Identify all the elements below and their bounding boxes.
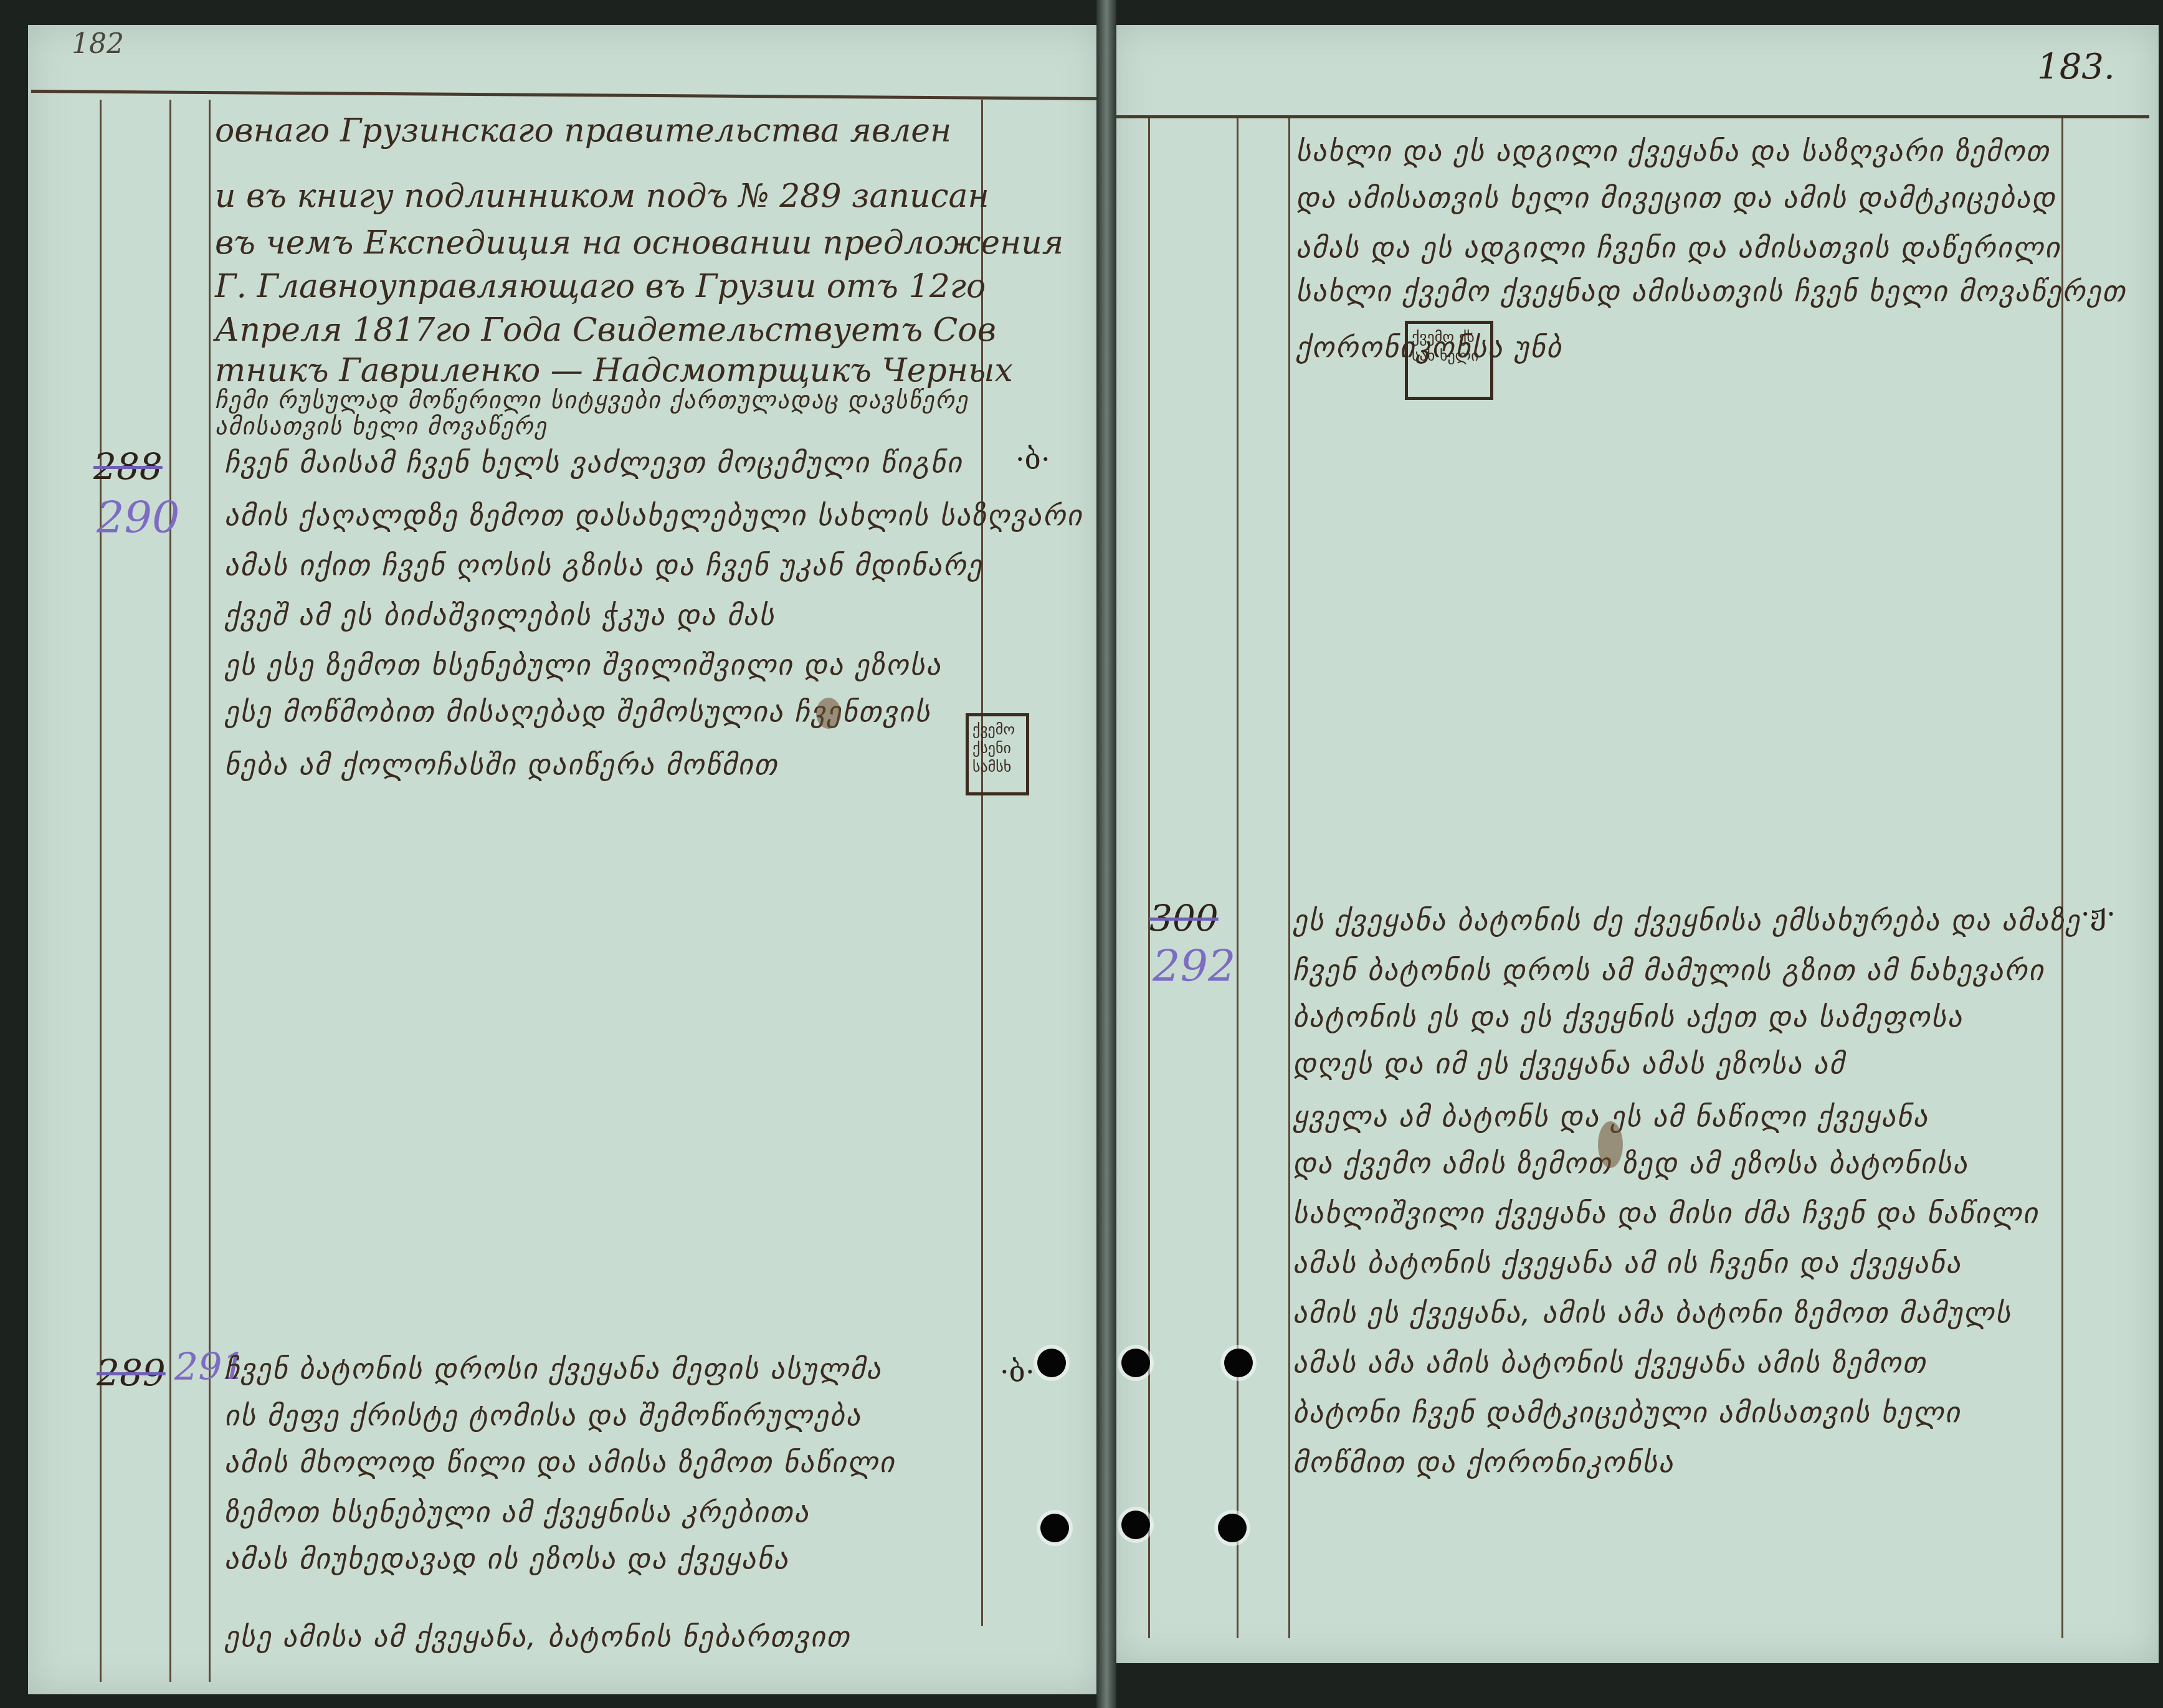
entry-line: სახლიშვილი ქვეყანა და მისი ძმა ჩვენ და ნ… bbox=[1293, 1196, 2038, 1230]
entry-line: ნება ამ ქოლოჩასში დაიწერა მოწმით bbox=[224, 747, 778, 781]
margin-mark: ·ბ· bbox=[1000, 1355, 1035, 1388]
entry-line: ზემოთ ხსენებული ამ ქვეყნისა კრებითა bbox=[224, 1495, 810, 1529]
entry-line: და ქვემო ამის ზემოთ ზედ ამ ეზოსა ბატონის… bbox=[1293, 1146, 1969, 1180]
ink-stain bbox=[1598, 1121, 1623, 1168]
entry-line: ქვეშ ამ ეს ბიძაშვილების ჭკუა და მას bbox=[224, 598, 775, 632]
entry-line: ეს ესე ზემოთ ხსენებული შვილიშვილი და ეზო… bbox=[224, 648, 942, 681]
entry-line: ამის ქაღალდზე ზემოთ დასახელებული სახლის … bbox=[224, 498, 1083, 532]
old-entry-number: 288 bbox=[93, 445, 163, 488]
entry-line: ეს ქვეყანა ბატონის ძე ქვეყნისა ემსახურებ… bbox=[1293, 903, 2081, 937]
column-rule bbox=[1237, 118, 1238, 1638]
column-rule bbox=[1288, 118, 1290, 1638]
entry-line: ბატონი ჩვენ დამტკიცებული ამისათვის ხელი bbox=[1293, 1395, 1961, 1429]
russian-line: тникъ Гавриленко — Надсмотрщикъ Черных bbox=[215, 352, 1013, 389]
georgian-note-line: ამისათვის ხელი მოვაწერე bbox=[215, 412, 548, 440]
entry-line: და ამისათვის ხელი მივეცით და ამის დამტკი… bbox=[1296, 181, 2056, 214]
book-gutter bbox=[1096, 0, 1116, 1708]
georgian-note-line: ჩემი რუსულად მოწერილი სიტყვები ქართულადა… bbox=[215, 386, 969, 414]
binding-hole bbox=[1037, 1349, 1066, 1377]
entry-line: დღეს და იმ ეს ქვეყანა ამას ეზოსა ამ bbox=[1293, 1046, 1845, 1080]
entry-line: ესე ამისა ამ ქვეყანა, ბატონის ნებართვით bbox=[224, 1620, 850, 1653]
entry-line: ამას იქით ჩვენ ღოსის გზისა და ჩვენ უკან … bbox=[224, 548, 983, 582]
entry-line: სახლი და ეს ადგილი ქვეყანა და საზღვარი ზ… bbox=[1296, 134, 2050, 168]
binding-hole bbox=[1040, 1514, 1069, 1542]
signature-seal: ქვემო ქსენი სამსხ bbox=[966, 713, 1029, 795]
header-rule-right bbox=[1115, 115, 2149, 118]
entry-line: ამის ეს ქვეყანა, ამის ამა ბატონი ზემოთ მ… bbox=[1293, 1296, 2012, 1329]
entry-line: ის მეფე ქრისტე ტომისა და შემოწირულება bbox=[224, 1398, 862, 1432]
entry-line: მოწმით და ქორონიკონსა bbox=[1293, 1445, 1674, 1479]
entry-line: ამას ამა ამის ბატონის ქვეყანა ამის ზემოთ bbox=[1293, 1345, 1927, 1379]
entry-line: ამის მხოლოდ წილი და ამისა ზემოთ ნაწილი bbox=[224, 1445, 895, 1479]
new-entry-number: 290 bbox=[97, 492, 180, 543]
binding-hole bbox=[1224, 1349, 1253, 1377]
russian-line: и въ книгу подлинником подъ № 289 записа… bbox=[215, 178, 989, 215]
margin-mark: ·ჟ· bbox=[2081, 897, 2116, 931]
russian-line: въ чемъ Експедиция на основании предложе… bbox=[215, 224, 1063, 262]
entry-line: ჩვენ მაისამ ჩვენ ხელს ვაძლევთ მოცემული წ… bbox=[224, 445, 963, 479]
binding-hole bbox=[1218, 1514, 1247, 1542]
column-rule bbox=[209, 100, 211, 1682]
entry-line: ამას და ეს ადგილი ჩვენი და ამისათვის დაწ… bbox=[1296, 230, 2061, 264]
margin-mark: ·ბ· bbox=[1015, 442, 1050, 476]
old-entry-number: 289 bbox=[97, 1352, 166, 1394]
entry-line: ამას მიუხედავად ის ეზოსა და ქვეყანა bbox=[224, 1542, 789, 1575]
binding-hole bbox=[1121, 1511, 1150, 1539]
russian-line: Апреля 1817го Года Свидетельствуетъ Сов bbox=[215, 311, 996, 349]
signature-seal: ქვემო ქს სახ ხელი bbox=[1405, 321, 1493, 400]
column-rule bbox=[2061, 118, 2063, 1638]
column-rule bbox=[100, 100, 102, 1682]
column-rule bbox=[1148, 118, 1150, 1638]
ink-stain bbox=[816, 698, 841, 729]
column-rule bbox=[169, 100, 171, 1682]
russian-line: овнаго Грузинскаго правительства явлен bbox=[215, 112, 951, 149]
russian-line: Г. Главноуправляющаго въ Грузии отъ 12го bbox=[215, 268, 986, 305]
new-entry-number: 292 bbox=[1153, 941, 1236, 992]
entry-line: ბატონის ეს და ეს ქვეყნის აქეთ და სამეფოს… bbox=[1293, 1000, 1963, 1033]
page-number: 183. bbox=[2037, 47, 2115, 87]
entry-line: ამას ბატონის ქვეყანა ამ ის ჩვენი და ქვეყ… bbox=[1293, 1246, 1962, 1279]
entry-line: სახლი ქვემო ქვეყნად ამისათვის ჩვენ ხელი … bbox=[1296, 274, 2126, 308]
old-entry-number: 300 bbox=[1149, 897, 1219, 939]
entry-line: ჩვენ ბატონის დროსი ქვეყანა მეფის ასულმა bbox=[224, 1352, 882, 1385]
entry-line: ჩვენ ბატონის დროს ამ მამულის გზით ამ ნახ… bbox=[1293, 953, 2045, 987]
left-corner-mark: 182 bbox=[72, 28, 124, 60]
binding-hole bbox=[1121, 1349, 1150, 1377]
